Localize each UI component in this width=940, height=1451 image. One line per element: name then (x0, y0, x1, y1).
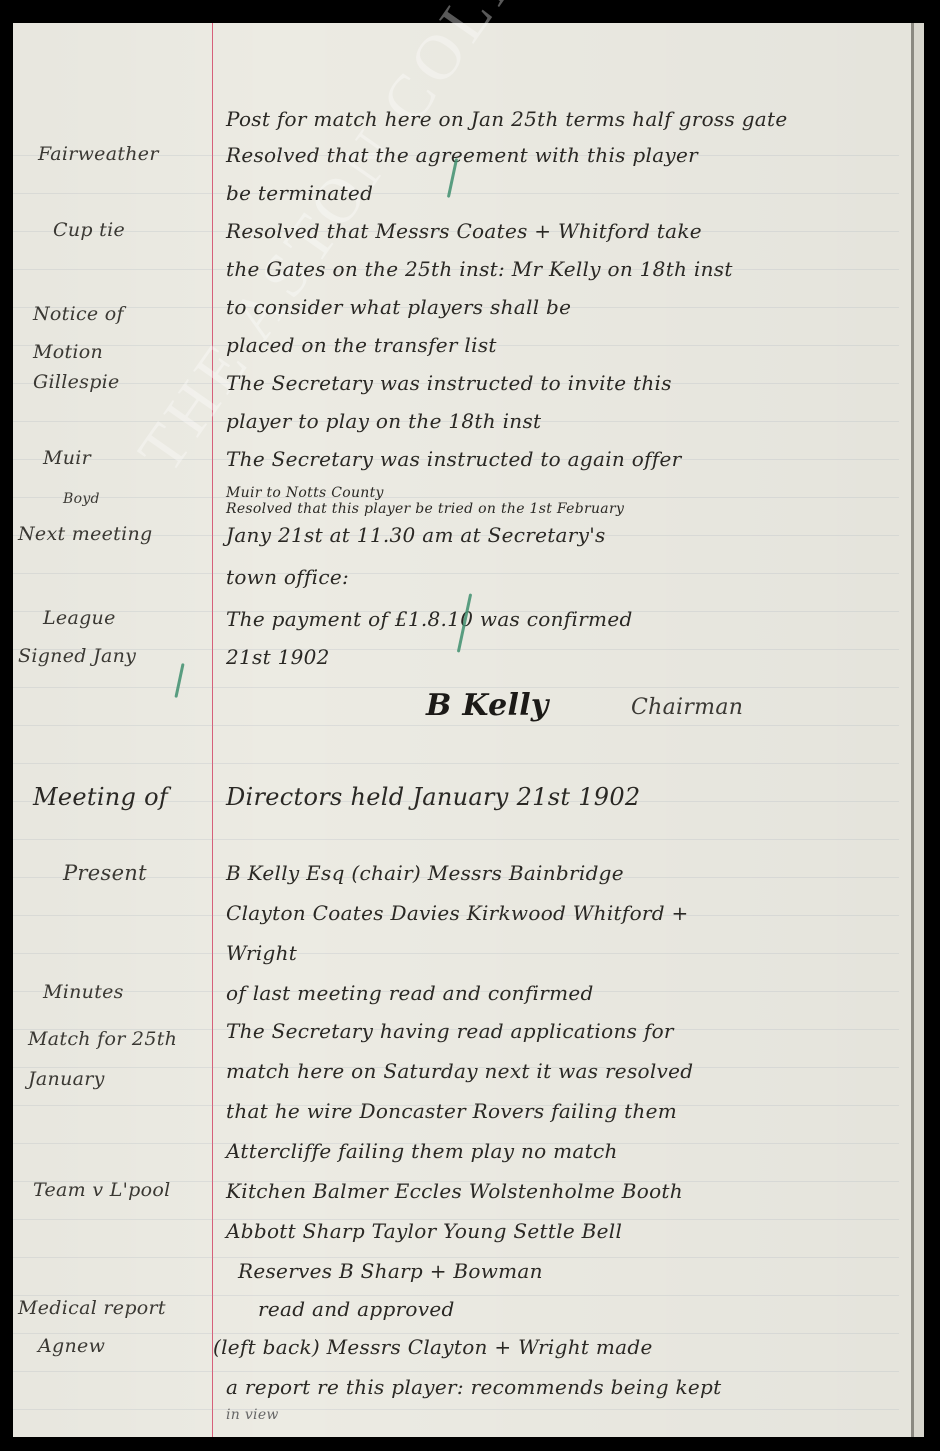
line: B Kelly Esq (chair) Messrs Bainbridge (226, 861, 624, 885)
line: player to play on the 18th inst (226, 409, 541, 433)
line: town office: (226, 565, 349, 589)
red-margin-line (212, 23, 213, 1437)
next-page-edge (914, 23, 924, 1437)
margin-label: Medical report (18, 1297, 166, 1319)
margin-label: Match for 25th January (28, 1019, 208, 1099)
line: of last meeting read and confirmed (226, 981, 594, 1005)
green-tick-mark (174, 663, 184, 698)
margin-label: Signed Jany (18, 645, 136, 667)
line: Clayton Coates Davies Kirkwood Whitford … (226, 901, 689, 925)
line: Jany 21st at 11.30 am at Secretary's (226, 523, 606, 547)
margin-label: Gillespie (33, 371, 120, 393)
margin-label: Fairweather (38, 143, 159, 165)
margin-label: Muir (43, 447, 91, 469)
line: Muir to Notts County (226, 485, 384, 501)
line: in view (226, 1407, 279, 1423)
meeting-heading: Directors held January 21st 1902 (226, 783, 641, 811)
line: Post for match here on Jan 25th terms ha… (226, 107, 788, 131)
signature-role: Chairman (631, 695, 743, 720)
margin-label: Team v L'pool (33, 1179, 170, 1201)
margin-label: Minutes (43, 981, 124, 1003)
line: Wright (226, 941, 297, 965)
margin-label: Cup tie (53, 219, 125, 241)
margin-label: Next meeting (18, 523, 152, 545)
line: to consider what players shall be (226, 295, 571, 319)
margin-label: Notice of Motion (33, 295, 183, 371)
line: 21st 1902 (226, 645, 330, 669)
chairman-signature: B Kelly (426, 688, 549, 723)
line: match here on Saturday next it was resol… (226, 1059, 693, 1083)
line: that he wire Doncaster Rovers failing th… (226, 1099, 677, 1123)
line: The Secretary having read applications f… (226, 1019, 674, 1043)
line: Reserves B Sharp + Bowman (238, 1259, 543, 1283)
line: read and approved (258, 1297, 455, 1321)
line: placed on the transfer list (226, 333, 497, 357)
margin-label: League (43, 607, 116, 629)
line: Abbott Sharp Taylor Young Settle Bell (226, 1219, 622, 1243)
minute-book-page: THE ASTON COLLECTION · CHARITABLE TRUST … (13, 23, 911, 1437)
margin-label: Present (63, 861, 147, 885)
line: a report re this player: recommends bein… (226, 1375, 721, 1399)
meeting-heading-label: Meeting of (33, 783, 168, 811)
line: Kitchen Balmer Eccles Wolstenholme Booth (226, 1179, 683, 1203)
line: Attercliffe failing them play no match (226, 1139, 618, 1163)
line: Resolved that the agreement with this pl… (226, 143, 698, 167)
line: Resolved that this player be tried on th… (226, 501, 624, 517)
line: The Secretary was instructed to again of… (226, 447, 682, 471)
line: The payment of £1.8.10 was confirmed (226, 607, 633, 631)
line: (left back) Messrs Clayton + Wright made (213, 1335, 653, 1359)
line: the Gates on the 25th inst: Mr Kelly on … (226, 257, 733, 281)
line: Resolved that Messrs Coates + Whitford t… (226, 219, 702, 243)
margin-label: Agnew (38, 1335, 105, 1357)
line: The Secretary was instructed to invite t… (226, 371, 672, 395)
margin-label: Boyd (63, 491, 100, 507)
line: be terminated (226, 181, 373, 205)
